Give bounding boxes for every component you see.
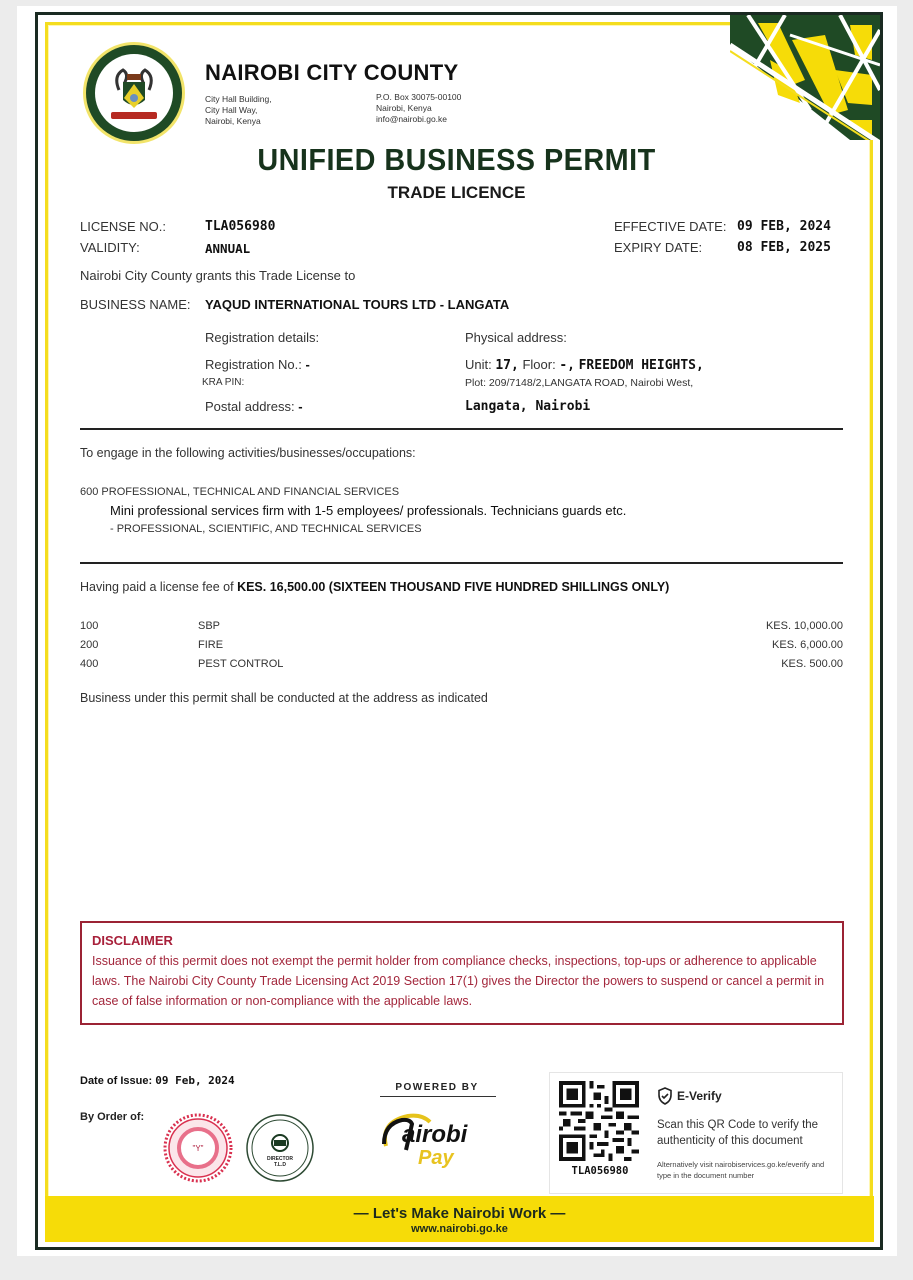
e-verify-box: TLA056980 E-Verify Scan this QR Code to … bbox=[549, 1072, 843, 1194]
license-no-label: LICENSE NO.: bbox=[80, 219, 166, 234]
grant-intro: Nairobi City County grants this Trade Li… bbox=[80, 268, 355, 283]
svg-text:T.L.D: T.L.D bbox=[274, 1162, 286, 1168]
divider bbox=[80, 428, 843, 430]
physical-address-heading: Physical address: bbox=[465, 330, 567, 345]
floor-label: Floor: bbox=[522, 357, 555, 372]
svg-text:"Y": "Y" bbox=[192, 1144, 203, 1153]
effective-date-value: 09 FEB, 2024 bbox=[737, 219, 831, 234]
footer-url[interactable]: www.nairobi.go.ke bbox=[45, 1223, 874, 1235]
fee-amount: KES. 6,000.00 bbox=[772, 639, 843, 651]
disclaimer-box: DISCLAIMER Issuance of this permit does … bbox=[80, 921, 844, 1025]
e-verify-alt-text: Alternatively visit nairobiservices.go.k… bbox=[657, 1159, 837, 1181]
disclaimer-text: Issuance of this permit does not exempt … bbox=[92, 951, 832, 1011]
building-name: FREEDOM HEIGHTS, bbox=[579, 358, 704, 373]
registration-heading: Registration details: bbox=[205, 330, 319, 345]
footer-slogan: — Let's Make Nairobi Work — bbox=[45, 1205, 874, 1222]
fee-row: 100 SBP KES. 10,000.00 bbox=[80, 620, 843, 638]
expiry-date-label: EXPIRY DATE: bbox=[614, 240, 702, 255]
address-right: P.O. Box 30075-00100 Nairobi, Kenya info… bbox=[376, 92, 461, 125]
date-of-issue-label: Date of Issue: bbox=[80, 1075, 152, 1087]
address-left: City Hall Building, City Hall Way, Nairo… bbox=[205, 94, 272, 127]
svg-text:airobi: airobi bbox=[402, 1121, 469, 1148]
document-number: TLA056980 bbox=[558, 1165, 642, 1177]
fee-code: 100 bbox=[80, 620, 98, 632]
powered-by-label: POWERED BY bbox=[378, 1082, 496, 1093]
fee-row: 400 PEST CONTROL KES. 500.00 bbox=[80, 658, 843, 676]
footer-banner: — Let's Make Nairobi Work — www.nairobi.… bbox=[45, 1196, 874, 1242]
fee-amount: KES. 500.00 bbox=[781, 658, 843, 670]
shield-check-icon bbox=[657, 1087, 673, 1105]
fee-amount: KES. 10,000.00 bbox=[766, 620, 843, 632]
plot-line: Plot: 209/7148/2,LANGATA ROAD, Nairobi W… bbox=[465, 377, 693, 389]
address-line: Nairobi, Kenya bbox=[205, 116, 272, 127]
postal-address-value: - bbox=[298, 399, 302, 414]
e-verify-text: Scan this QR Code to verify the authenti… bbox=[657, 1117, 837, 1149]
activity-category: 600 PROFESSIONAL, TECHNICAL AND FINANCIA… bbox=[80, 486, 399, 498]
county-logo bbox=[86, 45, 182, 141]
kra-pin-label: KRA PIN: bbox=[202, 377, 244, 388]
address-line: City Hall Building, bbox=[205, 94, 272, 105]
postal-address-label: Postal address: bbox=[205, 399, 295, 414]
by-order-label: By Order of: bbox=[80, 1111, 144, 1123]
svg-text:Pay: Pay bbox=[418, 1147, 454, 1168]
postal-address: Postal address: - bbox=[205, 399, 303, 414]
fee-name: FIRE bbox=[198, 639, 223, 651]
address-city: Nairobi, Kenya bbox=[376, 103, 461, 114]
floor-value: -, bbox=[559, 358, 575, 373]
e-verify-heading: E-Verify bbox=[657, 1087, 722, 1105]
date-of-issue: Date of Issue: 09 Feb, 2024 bbox=[80, 1074, 235, 1087]
fee-code: 400 bbox=[80, 658, 98, 670]
address-note: Business under this permit shall be cond… bbox=[80, 691, 488, 705]
unit-value: 17, bbox=[495, 358, 518, 373]
expiry-date-value: 08 FEB, 2025 bbox=[737, 240, 831, 255]
business-name-label: BUSINESS NAME: bbox=[80, 297, 191, 312]
fee-intro: Having paid a license fee of bbox=[80, 580, 234, 594]
e-verify-title: E-Verify bbox=[677, 1089, 722, 1103]
organization-name: NAIROBI CITY COUNTY bbox=[205, 60, 458, 86]
validity-label: VALIDITY: bbox=[80, 240, 140, 255]
corner-decoration-icon bbox=[730, 15, 880, 140]
coat-of-arms-icon bbox=[95, 54, 173, 132]
disclaimer-heading: DISCLAIMER bbox=[92, 933, 832, 948]
director-stamp-icon: DIRECTOR T.L.D bbox=[245, 1113, 315, 1183]
po-box: P.O. Box 30075-00100 bbox=[376, 92, 461, 103]
email-address: info@nairobi.go.ke bbox=[376, 114, 461, 125]
unit-label: Unit: bbox=[465, 357, 492, 372]
fee-row: 200 FIRE KES. 6,000.00 bbox=[80, 639, 843, 657]
date-of-issue-value: 09 Feb, 2024 bbox=[155, 1074, 234, 1087]
ubp-stamp-icon: "Y" bbox=[163, 1113, 233, 1183]
fee-code: 200 bbox=[80, 639, 98, 651]
fee-name: PEST CONTROL bbox=[198, 658, 283, 670]
license-no-value: TLA056980 bbox=[205, 219, 275, 234]
divider bbox=[80, 562, 843, 564]
divider bbox=[380, 1096, 496, 1097]
registration-no-label: Registration No.: bbox=[205, 357, 302, 372]
fee-summary: Having paid a license fee of KES. 16,500… bbox=[80, 580, 669, 594]
fee-name: SBP bbox=[198, 620, 220, 632]
effective-date-label: EFFECTIVE DATE: bbox=[614, 219, 726, 234]
activity-subcategory: - PROFESSIONAL, SCIENTIFIC, AND TECHNICA… bbox=[110, 523, 422, 535]
address-line: City Hall Way, bbox=[205, 105, 272, 116]
nairobi-pay-icon: airobi Pay bbox=[378, 1106, 498, 1168]
permit-title: UNIFIED BUSINESS PERMIT bbox=[32, 142, 881, 178]
activities-intro: To engage in the following activities/bu… bbox=[80, 446, 416, 460]
fee-total: KES. 16,500.00 (SIXTEEN THOUSAND FIVE HU… bbox=[237, 580, 669, 594]
activity-description: Mini professional services firm with 1-5… bbox=[110, 503, 626, 518]
nairobi-pay-logo: airobi Pay bbox=[378, 1106, 498, 1168]
physical-address-line-1: Unit: 17, Floor: -, FREEDOM HEIGHTS, bbox=[465, 357, 704, 373]
area-line: Langata, Nairobi bbox=[465, 399, 590, 414]
business-name-value: YAQUD INTERNATIONAL TOURS LTD - LANGATA bbox=[205, 297, 509, 312]
validity-value: ANNUAL bbox=[205, 241, 250, 256]
registration-no-value: - bbox=[305, 357, 309, 372]
permit-subtitle: TRADE LICENCE bbox=[0, 183, 913, 203]
registration-no: Registration No.: - bbox=[205, 357, 310, 372]
qr-code-icon[interactable] bbox=[559, 1081, 639, 1161]
